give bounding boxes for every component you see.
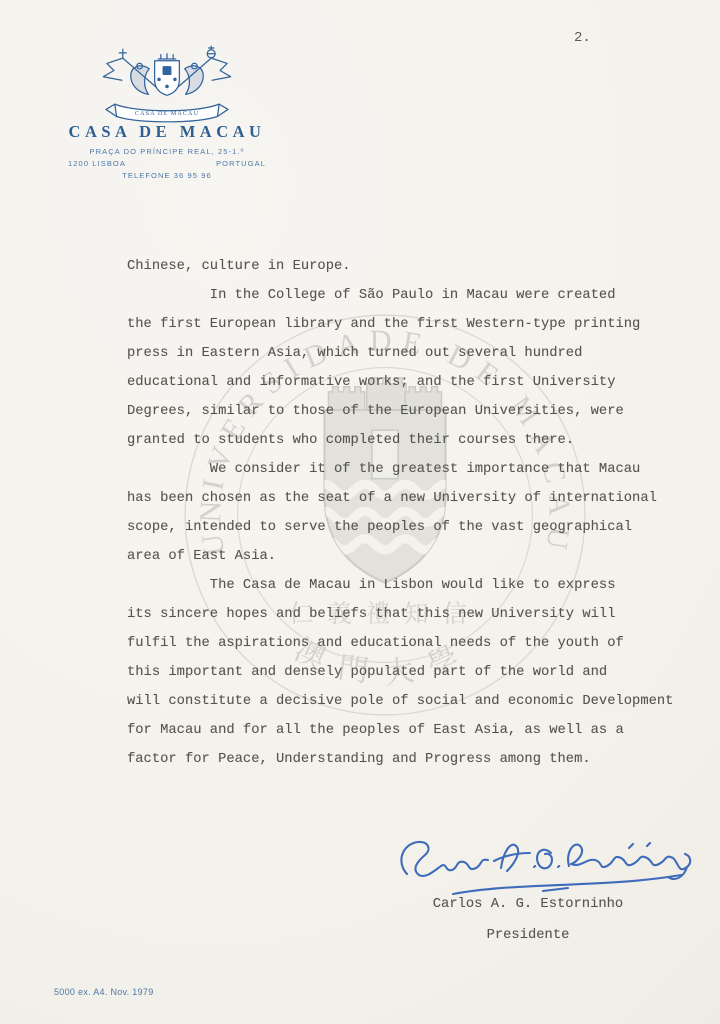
typewritten-line: for Macau and for all the peoples of Eas…	[127, 716, 673, 745]
crest-right-flag	[211, 58, 230, 80]
typewritten-line: In the College of São Paulo in Macau wer…	[127, 281, 673, 310]
organization-name: CASA DE MACAU	[38, 122, 296, 142]
typewritten-line: will constitute a decisive pole of socia…	[127, 687, 673, 716]
typewritten-line: We consider it of the greatest importanc…	[127, 455, 673, 484]
typewritten-line: scope, intended to serve the peoples of …	[127, 513, 673, 542]
handwritten-signature	[391, 830, 701, 902]
letter-body: Chinese, culture in Europe. In the Colle…	[127, 252, 673, 774]
typewritten-line: the first European library and the first…	[127, 310, 673, 339]
typewritten-line: area of East Asia.	[127, 542, 673, 571]
address-phone: TELEFONE 36 95 96	[38, 171, 296, 180]
typewritten-line: Chinese, culture in Europe.	[127, 252, 673, 281]
typed-signatory-title: Presidente	[383, 928, 673, 943]
letterhead: CASA DE MACAU CASA DE MACAU PRAÇA DO PRÍ…	[38, 44, 296, 180]
crest-shield-icon	[155, 61, 180, 95]
typewritten-line: its sincere hopes and beliefs that this …	[127, 600, 673, 629]
typewritten-line: fulfil the aspirations and educational n…	[127, 629, 673, 658]
page-number: 2.	[574, 30, 591, 46]
address-city-country: 1200 LISBOA PORTUGAL	[68, 159, 266, 168]
typewritten-line: The Casa de Macau in Lisbon would like t…	[127, 571, 673, 600]
casa-de-macau-crest-icon: CASA DE MACAU	[96, 44, 238, 128]
typewritten-line: factor for Peace, Understanding and Prog…	[127, 745, 673, 774]
typewritten-line: educational and informative works; and t…	[127, 368, 673, 397]
crest-banner-text: CASA DE MACAU	[135, 110, 199, 117]
crest-cross-icon	[119, 49, 126, 58]
print-run-note: 5000 ex. A4. Nov. 1979	[54, 987, 154, 997]
crest-left-flag	[103, 58, 122, 80]
typewritten-line: Degrees, similar to those of the Europea…	[127, 397, 673, 426]
address-street: PRAÇA DO PRÍNCIPE REAL, 25-1.º	[38, 147, 296, 156]
crest-orb-icon	[207, 46, 215, 57]
typewritten-line: press in Eastern Asia, which turned out …	[127, 339, 673, 368]
crest-crown-icon	[158, 54, 176, 59]
signature-block: Carlos A. G. Estorninho Presidente	[383, 828, 673, 963]
address-city: 1200 LISBOA	[68, 159, 126, 168]
address-country: PORTUGAL	[216, 159, 266, 168]
typed-signatory-name: Carlos A. G. Estorninho	[383, 897, 673, 912]
typewritten-line: has been chosen as the seat of a new Uni…	[127, 484, 673, 513]
scanned-letter-page: 2. UNIVERSIDADE DE MACAU	[0, 0, 720, 1024]
typewritten-line: granted to students who completed their …	[127, 426, 673, 455]
typewritten-line: this important and densely populated par…	[127, 658, 673, 687]
